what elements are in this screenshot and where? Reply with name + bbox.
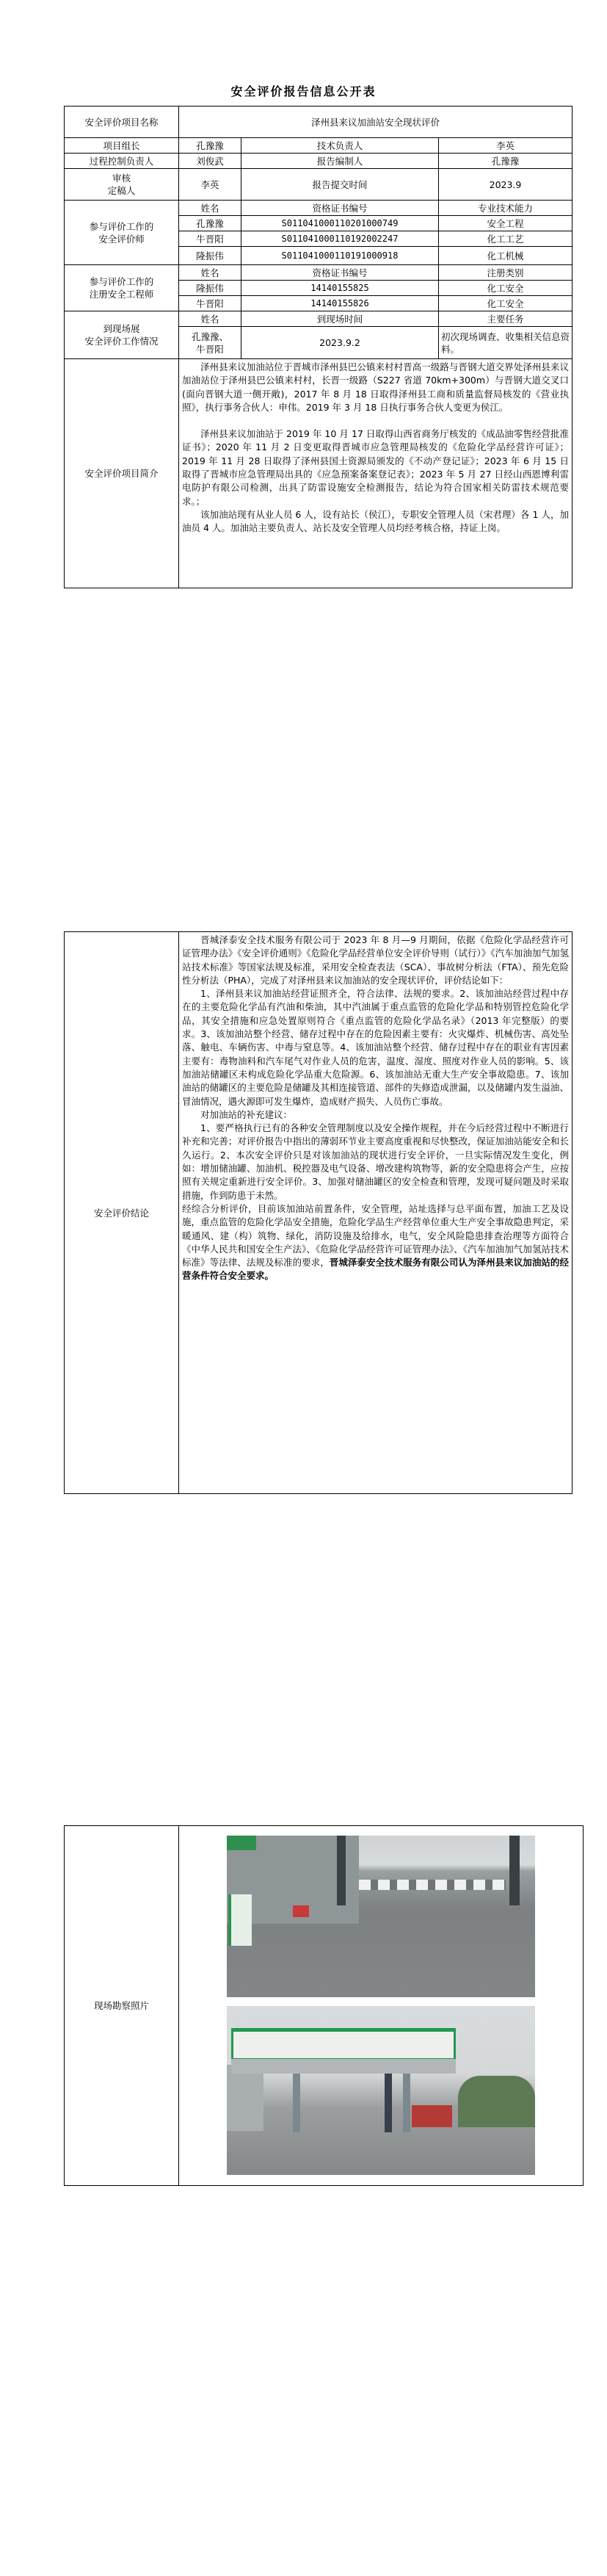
conclusion-table: 安全评价结论 晋城泽泰安全技术服务有限公司于 2023 年 8 月—9 月期间，…: [64, 931, 573, 1494]
reviewer-value: 李英: [179, 169, 241, 201]
site-visit-task: 初次现场调查、收集相关信息资料。: [439, 327, 573, 359]
evaluator-cert: S011041000110192002247: [241, 231, 439, 247]
col-header-name: 姓名: [179, 311, 241, 327]
team-leader-value: 孔豫豫: [179, 138, 241, 154]
engineers-label-line2: 注册安全工程师: [67, 288, 176, 300]
reviewer-label-line2: 定稿人: [67, 184, 176, 197]
evaluators-label-line1: 参与评价工作的: [67, 220, 176, 233]
site-visit-names: 孔豫豫、 牛晋阳: [179, 327, 241, 359]
engineers-header-row: 参与评价工作的 注册安全工程师 姓名 资格证书编号 注册类别: [65, 265, 573, 281]
process-control-value: 刘俊武: [179, 154, 241, 169]
evaluators-header-row: 参与评价工作的 安全评价师 姓名 资格证书编号 专业技术能力: [65, 201, 573, 216]
engineer-cert: 14140155825: [241, 281, 439, 296]
site-visit-section-label: 到现场展 安全评价工作情况: [65, 311, 179, 359]
submit-time-label: 报告提交时间: [241, 169, 439, 201]
col-header-skill: 专业技术能力: [439, 201, 573, 216]
photos-content: [179, 1826, 584, 2186]
submit-time-value: 2023.9: [439, 169, 573, 201]
col-header-name: 姓名: [179, 201, 241, 216]
site-visit-name-2: 牛晋阳: [181, 343, 239, 356]
engineer-name: 牛晋阳: [179, 296, 241, 311]
intro-paragraph: 该加油站现有从业人员 6 人，设有站长（侯江），专职安全管理人员（宋君理）各 1…: [182, 508, 569, 535]
team-leader-label: 项目组长: [65, 138, 179, 154]
evaluator-skill: 化工工艺: [439, 231, 573, 247]
engineer-name: 隆振伟: [179, 281, 241, 296]
evaluator-name: 孔豫豫: [179, 216, 241, 231]
evaluators-label-line2: 安全评价师: [67, 233, 176, 245]
col-header-cert: 资格证书编号: [241, 201, 439, 216]
col-header-task: 主要任务: [439, 311, 573, 327]
row-conclusion: 安全评价结论 晋城泽泰安全技术服务有限公司于 2023 年 8 月—9 月期间，…: [65, 932, 573, 1494]
site-visit-label-line1: 到现场展: [67, 322, 176, 335]
conclusion-paragraph: 晋城泽泰安全技术服务有限公司于 2023 年 8 月—9 月期间，依据《危险化学…: [182, 934, 569, 987]
project-intro-label: 安全评价项目简介: [65, 359, 179, 588]
conclusion-paragraph: 1、要严格执行已有的各种安全管理制度以及安全操作规程，并在今后经营过程中不断进行…: [182, 1122, 569, 1202]
engineer-category: 化工安全: [439, 296, 573, 311]
conclusion-label: 安全评价结论: [65, 932, 179, 1494]
row-project-intro: 安全评价项目简介 泽州县来议加油站位于晋城市泽州县巴公镇来村村晋高一级路与晋钢大…: [65, 359, 573, 588]
evaluator-cert: S011041000110191000918: [241, 247, 439, 265]
intro-paragraph: 泽州县来议加油站位于晋城市泽州县巴公镇来村村晋高一级路与晋钢大道交界处泽州县来议…: [182, 361, 569, 414]
col-header-category: 注册类别: [439, 265, 573, 281]
tech-lead-value: 李英: [439, 138, 573, 154]
intro-paragraph: 泽州县来议加油站于 2019 年 10 月 17 日取得山西省商务厅核发的《成品…: [182, 427, 569, 508]
site-visit-name-1: 孔豫豫、: [181, 331, 239, 343]
row-project-name: 安全评价项目名称 泽州县来议加油站安全现状评价: [65, 107, 573, 138]
col-header-cert: 资格证书编号: [241, 265, 439, 281]
row-team-leader: 项目组长 孔豫豫 技术负责人 李英: [65, 138, 573, 154]
row-process-control: 过程控制负责人 刘俊武 报告编制人 孔豫豫: [65, 154, 573, 169]
col-header-name: 姓名: [179, 265, 241, 281]
report-author-label: 报告编制人: [241, 154, 439, 169]
engineer-category: 化工安全: [439, 281, 573, 296]
col-header-time: 到现场时间: [241, 311, 439, 327]
page-title: 安全评价报告信息公开表: [0, 82, 607, 99]
evaluator-name: 牛晋阳: [179, 231, 241, 247]
project-name-value: 泽州县来议加油站安全现状评价: [179, 107, 573, 138]
conclusion-paragraph: 1、泽州县来议加油站经营证照齐全，符合法律、法规的要求。2、该加油站经营过程中存…: [182, 987, 569, 1108]
conclusion-paragraph: 对加油站的补充建议：: [182, 1108, 569, 1122]
row-photos: 现场勘察照片: [65, 1826, 584, 2186]
project-intro-content: 泽州县来议加油站位于晋城市泽州县巴公镇来村村晋高一级路与晋钢大道交界处泽州县来议…: [179, 359, 573, 588]
reviewer-label: 审核 定稿人: [65, 169, 179, 201]
evaluator-skill: 安全工程: [439, 216, 573, 231]
site-photo-canopy: [227, 2006, 535, 2175]
evaluator-skill: 化工机械: [439, 247, 573, 265]
process-control-label: 过程控制负责人: [65, 154, 179, 169]
engineer-cert: 14140155826: [241, 296, 439, 311]
evaluators-section-label: 参与评价工作的 安全评价师: [65, 201, 179, 265]
photos-table: 现场勘察照片: [64, 1825, 584, 2186]
row-reviewer: 审核 定稿人 李英 报告提交时间 2023.9: [65, 169, 573, 201]
reviewer-label-line1: 审核: [67, 172, 176, 184]
conclusion-content: 晋城泽泰安全技术服务有限公司于 2023 年 8 月—9 月期间，依据《危险化学…: [179, 932, 573, 1494]
engineers-label-line1: 参与评价工作的: [67, 275, 176, 288]
photos-label: 现场勘察照片: [65, 1826, 179, 2186]
tech-lead-label: 技术负责人: [241, 138, 439, 154]
site-visit-header-row: 到现场展 安全评价工作情况 姓名 到现场时间 主要任务: [65, 311, 573, 327]
project-name-label: 安全评价项目名称: [65, 107, 179, 138]
evaluator-name: 隆振伟: [179, 247, 241, 265]
engineers-section-label: 参与评价工作的 注册安全工程师: [65, 265, 179, 311]
report-author-value: 孔豫豫: [439, 154, 573, 169]
info-table: 安全评价项目名称 泽州县来议加油站安全现状评价 项目组长 孔豫豫 技术负责人 李…: [64, 106, 573, 588]
site-visit-label-line2: 安全评价工作情况: [67, 335, 176, 347]
site-visit-time: 2023.9.2: [241, 327, 439, 359]
evaluator-cert: S011041000110201000749: [241, 216, 439, 231]
site-photo-station-yard: [227, 1836, 535, 1997]
conclusion-summary: 经综合分析评价，目前该加油站前置条件，安全管理，站址选择与总平面布置，加油工艺及…: [182, 1202, 569, 1283]
